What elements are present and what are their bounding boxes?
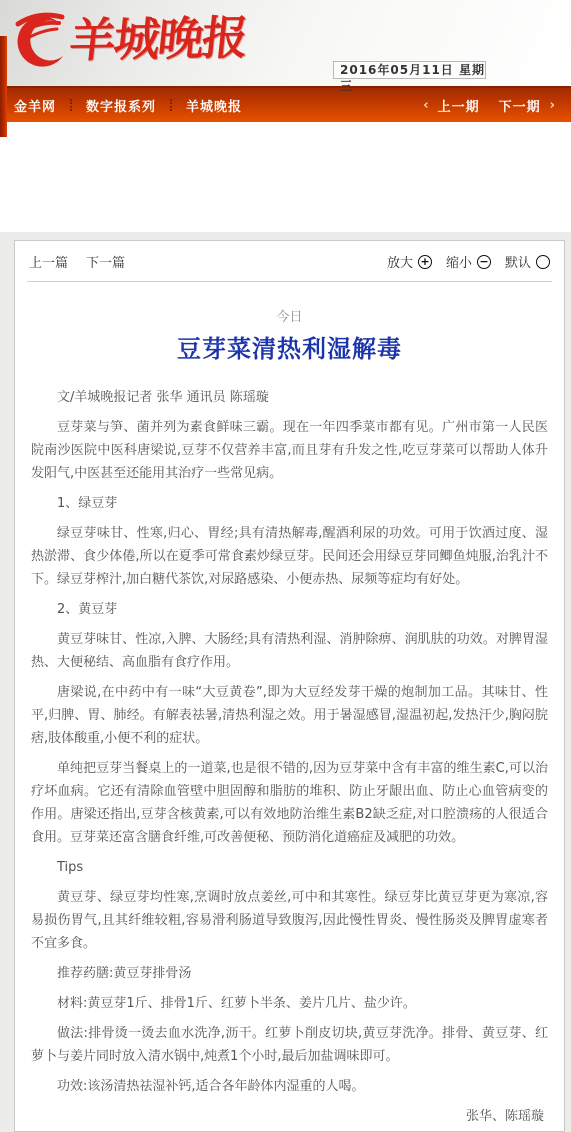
next-article-link[interactable]: 下一篇 <box>86 252 125 271</box>
article-paragraph: 单纯把豆芽当餐桌上的一道菜,也是很不错的,因为豆芽菜中含有丰富的维生素C,可以治… <box>31 757 548 849</box>
article-title: 豆芽菜清热利湿解毒 <box>31 329 548 364</box>
article-section-heading: 2、黄豆芽 <box>31 598 548 621</box>
zoom-out-label: 缩小 <box>446 252 472 271</box>
prev-issue-arrow-icon: ‹ <box>423 98 428 113</box>
zoom-in-button[interactable]: 放大 <box>387 252 432 271</box>
zoom-controls: 放大 缩小 默认 <box>387 252 550 271</box>
issue-date: 2016年05月11日 星期三 <box>333 61 486 79</box>
nav-item-yangcheng-evening-news[interactable]: 羊城晚报 <box>186 96 242 115</box>
zoom-out-icon[interactable] <box>477 255 491 269</box>
article-paragraph: 功效:该汤清热祛湿补钙,适合各年龄体内湿重的人喝。 <box>31 1075 548 1098</box>
page: 羊城晚报 2016年05月11日 星期三 金羊网 数字报系列 羊城晚报 ‹ 上一… <box>0 0 571 1132</box>
goat-crescent-icon <box>12 6 70 72</box>
article-paragraph: 黄豆芽味甘、性凉,入脾、大肠经;具有清热利湿、消肿除痹、润肌肤的功效。对脾胃湿热… <box>31 628 548 674</box>
article-paragraph: 绿豆芽味甘、性寒,归心、胃经;具有清热解毒,醒酒利尿的功效。可用于饮酒过度、湿热… <box>31 522 548 591</box>
article-paragraph: 唐梁说,在中药中有一味“大豆黄卷”,即为大豆经发芽干燥的炮制加工品。其味甘、性平… <box>31 681 548 750</box>
zoom-in-icon[interactable] <box>418 255 432 269</box>
site-header: 羊城晚报 2016年05月11日 星期三 <box>0 0 571 86</box>
ad-placeholder <box>0 122 571 232</box>
zoom-default-icon[interactable] <box>536 255 550 269</box>
red-ribbon-decoration <box>0 36 7 137</box>
top-navbar: 金羊网 数字报系列 羊城晚报 ‹ 上一期 下一期 › <box>0 86 571 122</box>
issue-pager: ‹ 上一期 下一期 › <box>423 96 555 115</box>
site-logo[interactable]: 羊城晚报 <box>12 4 246 74</box>
next-issue-arrow-icon: › <box>550 98 555 113</box>
article-byline: 文/羊城晚报记者 张华 通讯员 陈瑶璇 <box>31 386 548 409</box>
zoom-default-button[interactable]: 默认 <box>505 252 550 271</box>
prev-article-link[interactable]: 上一篇 <box>29 252 68 271</box>
main-area: 上一篇 下一篇 放大 缩小 默认 <box>0 232 571 1132</box>
prev-issue-button[interactable]: 上一期 <box>438 96 480 115</box>
article-section-heading: 1、绿豆芽 <box>31 492 548 515</box>
article-paragraph: 黄豆芽、绿豆芽均性寒,烹调时放点姜丝,可中和其寒性。绿豆芽比黄豆芽更为寒凉,容易… <box>31 886 548 955</box>
zoom-out-button[interactable]: 缩小 <box>446 252 491 271</box>
article-section-heading: 推荐药膳:黄豆芽排骨汤 <box>31 962 548 985</box>
next-issue-button[interactable]: 下一期 <box>499 96 541 115</box>
nav-separator-icon <box>170 99 172 111</box>
article-section-heading: Tips <box>31 856 548 879</box>
article-toolbar: 上一篇 下一篇 放大 缩小 默认 <box>15 241 564 279</box>
zoom-in-label: 放大 <box>387 252 413 271</box>
article-paragraph: 材料:黄豆芽1斤、排骨1斤、红萝卜半条、姜片几片、盐少许。 <box>31 992 548 1015</box>
nav-item-digital-papers[interactable]: 数字报系列 <box>86 96 156 115</box>
article-panel: 上一篇 下一篇 放大 缩小 默认 <box>14 240 565 1132</box>
article-kicker: 今日 <box>31 306 548 325</box>
article-signature: 张华、陈瑶璇 <box>31 1105 548 1128</box>
article-paragraph: 做法:排骨烫一烫去血水洗净,沥干。红萝卜削皮切块,黄豆芽洗净。排骨、黄豆芽、红萝… <box>31 1022 548 1068</box>
article-paragraph: 豆芽菜与笋、菌并列为素食鲜味三霸。现在一年四季菜市都有见。广州市第一人民医院南沙… <box>31 416 548 485</box>
zoom-default-label: 默认 <box>505 252 531 271</box>
article-body: 今日 豆芽菜清热利湿解毒 文/羊城晚报记者 张华 通讯员 陈瑶璇 豆芽菜与笋、菌… <box>15 282 564 1128</box>
nav-item-jinyangwang[interactable]: 金羊网 <box>14 96 56 115</box>
nav-separator-icon <box>70 99 72 111</box>
logo-wordmark: 羊城晚报 <box>66 2 250 75</box>
